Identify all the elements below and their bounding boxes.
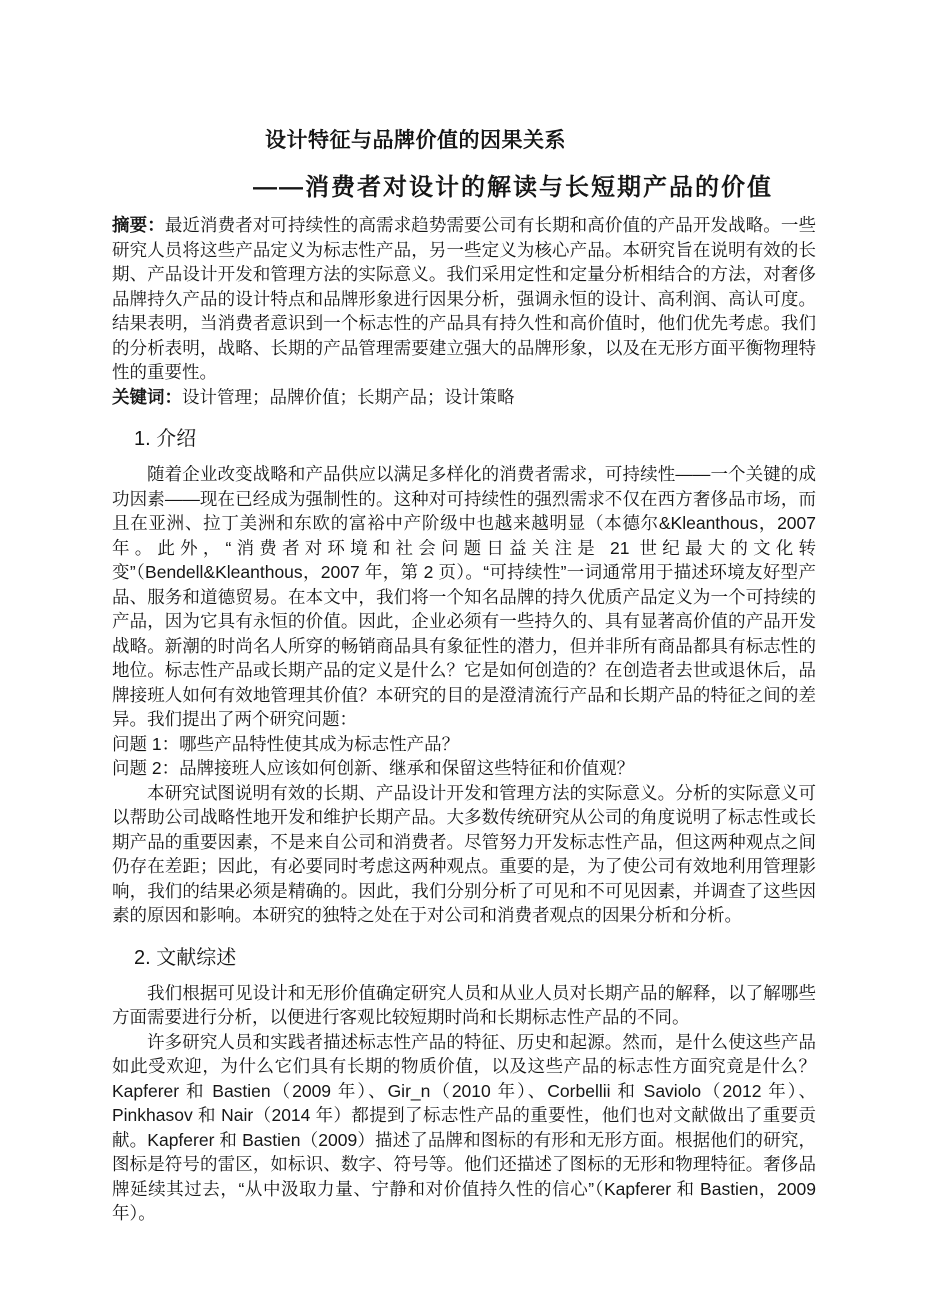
keywords-paragraph: 关键词：设计管理；品牌价值；长期产品；设计策略 bbox=[112, 385, 816, 410]
paragraph-literature-1: 我们根据可见设计和无形价值确定研究人员和从业人员对长期产品的解释，以了解哪些方面… bbox=[112, 981, 816, 1030]
document-page: 设计特征与品牌价值的因果关系 ——消费者对设计的解读与长短期产品的价值 摘要：最… bbox=[0, 0, 926, 1309]
research-question-2: 问题 2：品牌接班人应该如何创新、继承和保留这些特征和价值观？ bbox=[112, 756, 816, 781]
section-heading-introduction: 1. 介绍 bbox=[134, 426, 816, 452]
abstract-label: 摘要： bbox=[112, 215, 165, 235]
section-heading-literature-review: 2. 文献综述 bbox=[134, 945, 816, 971]
document-title: 设计特征与品牌价值的因果关系 bbox=[265, 127, 816, 155]
paragraph-literature-2: 许多研究人员和实践者描述标志性产品的特征、历史和起源。然而，是什么使这些产品如此… bbox=[112, 1030, 816, 1226]
research-question-1: 问题 1：哪些产品特性使其成为标志性产品？ bbox=[112, 732, 816, 757]
paragraph-introduction-1: 随着企业改变战略和产品供应以满足多样化的消费者需求，可持续性——一个关键的成功因… bbox=[112, 462, 816, 732]
keywords-text: 设计管理；品牌价值；长期产品；设计策略 bbox=[182, 387, 515, 407]
keywords-label: 关键词： bbox=[112, 387, 182, 407]
paragraph-introduction-2: 本研究试图说明有效的长期、产品设计开发和管理方法的实际意义。分析的实际意义可以帮… bbox=[112, 781, 816, 928]
abstract-text: 最近消费者对可持续性的高需求趋势需要公司有长期和高价值的产品开发战略。一些研究人… bbox=[112, 215, 816, 382]
abstract-paragraph: 摘要：最近消费者对可持续性的高需求趋势需要公司有长期和高价值的产品开发战略。一些… bbox=[112, 213, 816, 385]
document-subtitle: ——消费者对设计的解读与长短期产品的价值 bbox=[253, 173, 816, 203]
